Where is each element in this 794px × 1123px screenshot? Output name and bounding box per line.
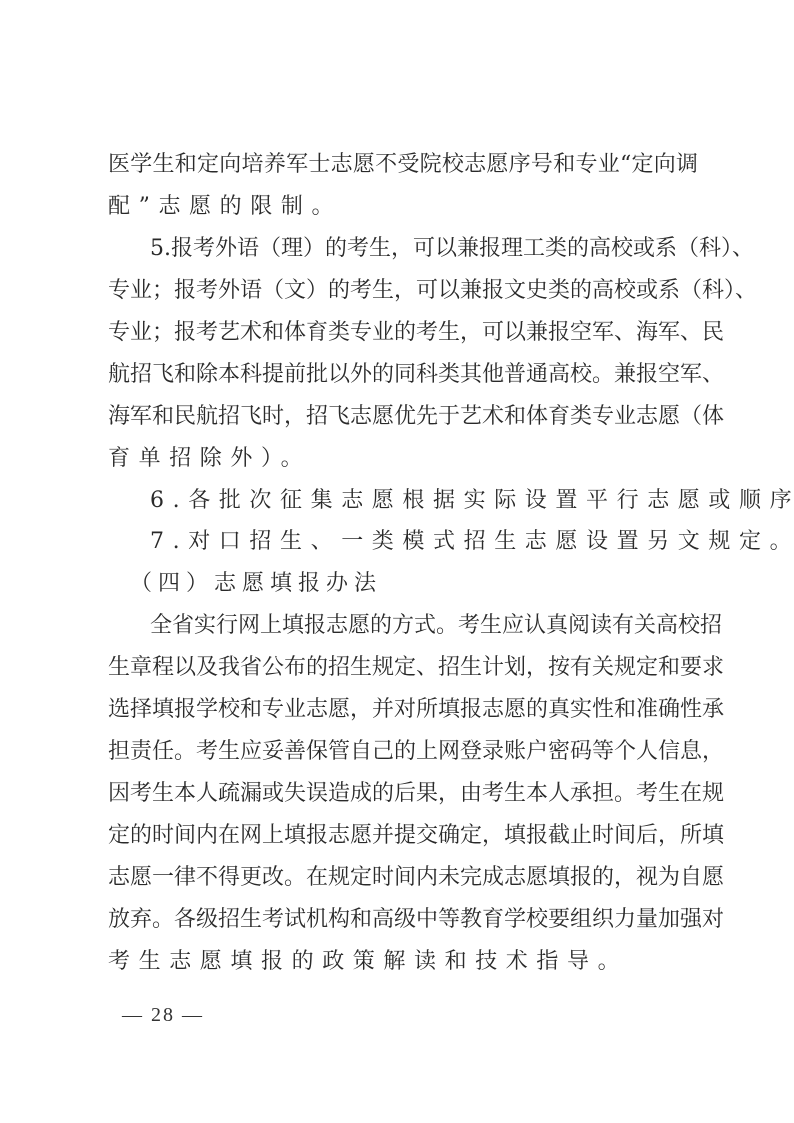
list-item-5-line: 5.报考外语（理）的考生，可以兼报理工类的高校或系（科）、 <box>150 228 698 270</box>
document-page: 医学生和定向培养军士志愿不受院校志愿序号和专业“定向调 配”志愿的限制。 5.报… <box>0 0 794 1123</box>
text-line: 定的时间内在网上填报志愿并提交确定，填报截止时间后，所填 <box>108 815 698 857</box>
text-line: 医学生和定向培养军士志愿不受院校志愿序号和专业“定向调 <box>108 144 698 186</box>
text-line: 因考生本人疏漏或失误造成的后果，由考生本人承担。考生在规 <box>108 773 698 815</box>
list-item-7: 7.对口招生、一类模式招生志愿设置另文规定。 <box>150 521 740 563</box>
list-item-5-line: 育单招除外）。 <box>108 438 698 480</box>
list-item-5-line: 专业；报考外语（文）的考生，可以兼报文史类的高校或系（科）、 <box>108 270 698 312</box>
text-line: 全省实行网上填报志愿的方式。考生应认真阅读有关高校招 <box>150 605 698 647</box>
text-line: 放弃。各级招生考试机构和高级中等教育学校要组织力量加强对 <box>108 899 698 941</box>
text-line: 志愿一律不得更改。在规定时间内未完成志愿填报的，视为自愿 <box>108 857 698 899</box>
text-line: 考生志愿填报的政策解读和技术指导。 <box>108 941 698 983</box>
text-line: 配”志愿的限制。 <box>108 186 698 228</box>
list-item-5-line: 航招飞和除本科提前批以外的同科类其他普通高校。兼报空军、 <box>108 354 698 396</box>
list-item-6: 6.各批次征集志愿根据实际设置平行志愿或顺序志愿。 <box>150 480 740 522</box>
section-heading: （四）志愿填报办法 <box>130 563 720 605</box>
page-number: — 28 — <box>122 1000 204 1030</box>
list-item-5-line: 专业；报考艺术和体育类专业的考生，可以兼报空军、海军、民 <box>108 312 698 354</box>
list-item-5-line: 海军和民航招飞时，招飞志愿优先于艺术和体育类专业志愿（体 <box>108 396 698 438</box>
text-line: 生章程以及我省公布的招生规定、招生计划，按有关规定和要求 <box>108 647 698 689</box>
text-line: 选择填报学校和专业志愿，并对所填报志愿的真实性和准确性承 <box>108 689 698 731</box>
text-line: 担责任。考生应妥善保管自己的上网登录账户密码等个人信息， <box>108 731 698 773</box>
